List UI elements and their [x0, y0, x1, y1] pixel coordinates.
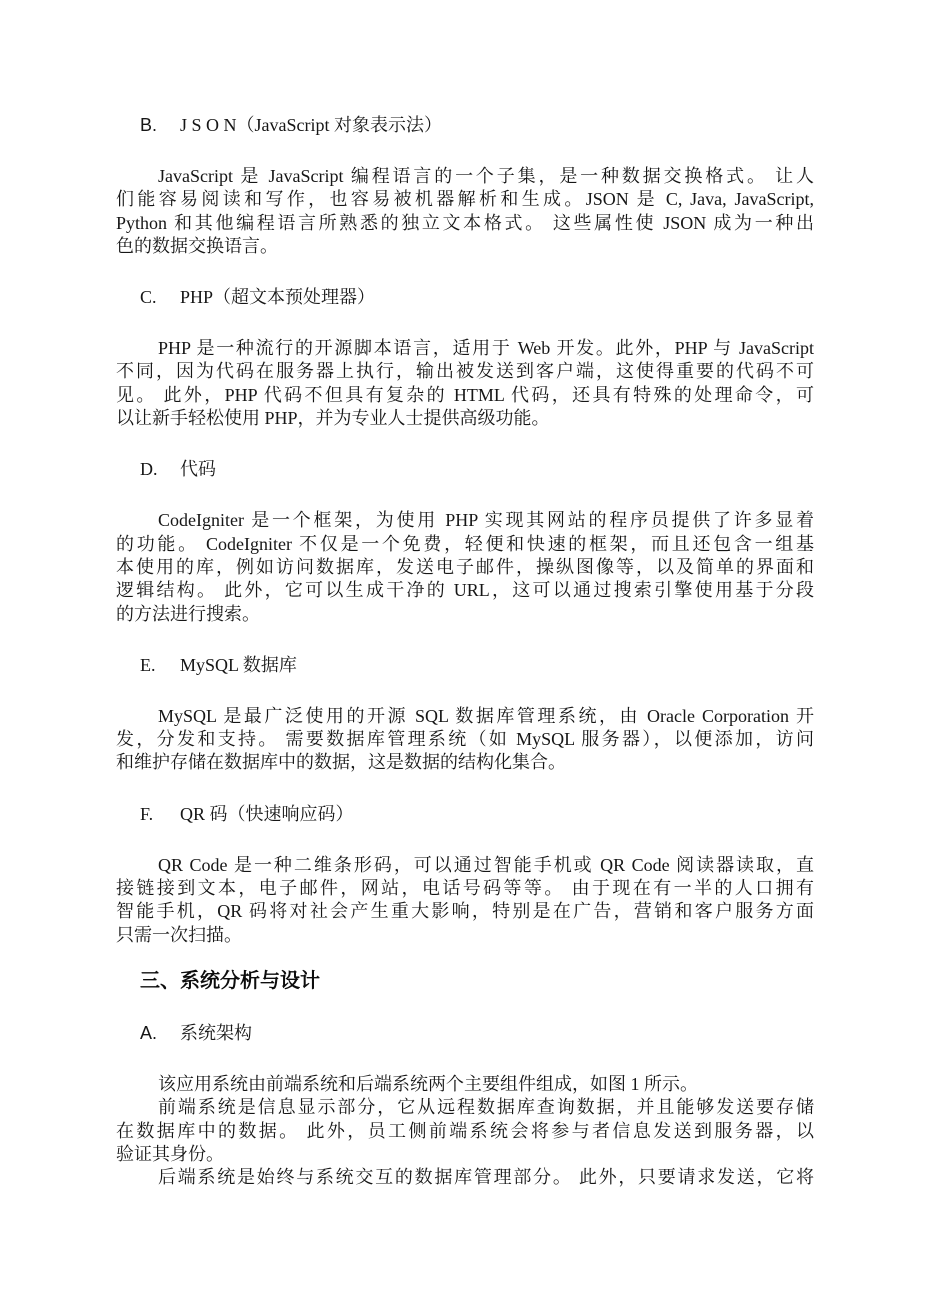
- section-title: J S O N（JavaScript 对象表示法）: [180, 115, 442, 135]
- paragraph: 后端系统是始终与系统交互的数据库管理部分。 此外，只要请求发送，它将: [116, 1166, 814, 1189]
- paragraph-line: 逻辑结构。 此外，它可以生成干净的 URL，这可以通过搜索引擎使用基于分段: [116, 579, 814, 602]
- section-subheading: A.系统架构: [116, 1022, 814, 1045]
- paragraph: QR Code 是一种二维条形码，可以通过智能手机或 QR Code 阅读器读取…: [116, 854, 814, 947]
- paragraph: CodeIgniter 是一个框架，为使用 PHP 实现其网站的程序员提供了许多…: [116, 509, 814, 625]
- section-label: D.: [140, 458, 180, 481]
- section-title: QR 码（快速响应码）: [180, 804, 354, 824]
- paragraph: PHP 是一种流行的开源脚本语言，适用于 Web 开发。此外，PHP 与 Jav…: [116, 337, 814, 430]
- section-title: 系统架构: [180, 1023, 252, 1043]
- paragraph-line: 以让新手轻松使用 PHP，并为专业人士提供高级功能。: [116, 407, 814, 430]
- section-label: C.: [140, 286, 180, 309]
- paragraph-line: 色的数据交换语言。: [116, 235, 814, 258]
- section-subheading: F.QR 码（快速响应码）: [116, 803, 814, 826]
- paragraph-line: 本使用的库，例如访问数据库，发送电子邮件，操纵图像等，以及简单的界面和: [116, 556, 814, 579]
- paragraph: MySQL 是最广泛使用的开源 SQL 数据库管理系统，由 Oracle Cor…: [116, 705, 814, 775]
- paragraph-line: 见。 此外，PHP 代码不但具有复杂的 HTML 代码，还具有特殊的处理命令，可: [116, 384, 814, 407]
- paragraph-line: 后端系统是始终与系统交互的数据库管理部分。 此外，只要请求发送，它将: [116, 1166, 814, 1189]
- paragraph-line: JavaScript 是 JavaScript 编程语言的一个子集，是一种数据交…: [116, 165, 814, 188]
- paragraph-line: QR Code 是一种二维条形码，可以通过智能手机或 QR Code 阅读器读取…: [116, 854, 814, 877]
- paragraph-line: 的功能。 CodeIgniter 不仅是一个免费，轻便和快速的框架，而且还包含一…: [116, 533, 814, 556]
- section-label: B.: [140, 114, 180, 137]
- section-title: 代码: [180, 459, 216, 479]
- section-label: E.: [140, 654, 180, 677]
- main-heading: 三、系统分析与设计: [116, 969, 814, 994]
- paragraph-line: 在数据库中的数据。 此外，员工侧前端系统会将参与者信息发送到服务器，以: [116, 1120, 814, 1143]
- paragraph: 该应用系统由前端系统和后端系统两个主要组件组成，如图 1 所示。: [116, 1073, 814, 1096]
- section-subheading: D.代码: [116, 458, 814, 481]
- section-title: PHP（超文本预处理器）: [180, 287, 375, 307]
- paragraph: 前端系统是信息显示部分，它从远程数据库查询数据，并且能够发送要存储在数据库中的数…: [116, 1096, 814, 1166]
- paragraph-line: MySQL 是最广泛使用的开源 SQL 数据库管理系统，由 Oracle Cor…: [116, 705, 814, 728]
- paragraph-line: PHP 是一种流行的开源脚本语言，适用于 Web 开发。此外，PHP 与 Jav…: [116, 337, 814, 360]
- paragraph-line: CodeIgniter 是一个框架，为使用 PHP 实现其网站的程序员提供了许多…: [116, 509, 814, 532]
- paragraph-line: 智能手机，QR 码将对社会产生重大影响，特别是在广告，营销和客户服务方面: [116, 900, 814, 923]
- paragraph-line: 不同，因为代码在服务器上执行，输出被发送到客户端，这使得重要的代码不可: [116, 360, 814, 383]
- paragraph-line: 的方法进行搜索。: [116, 603, 814, 626]
- section-subheading: C.PHP（超文本预处理器）: [116, 286, 814, 309]
- paragraph-line: 该应用系统由前端系统和后端系统两个主要组件组成，如图 1 所示。: [116, 1073, 814, 1096]
- section-label: F.: [140, 803, 180, 826]
- paragraph-line: 验证其身份。: [116, 1143, 814, 1166]
- section-subheading: E.MySQL 数据库: [116, 654, 814, 677]
- paragraph-line: 前端系统是信息显示部分，它从远程数据库查询数据，并且能够发送要存储: [116, 1096, 814, 1119]
- paragraph-line: 和维护存储在数据库中的数据，这是数据的结构化集合。: [116, 751, 814, 774]
- paragraph-line: 只需一次扫描。: [116, 924, 814, 947]
- paragraph-line: Python 和其他编程语言所熟悉的独立文本格式。 这些属性使 JSON 成为一…: [116, 212, 814, 235]
- paragraph-line: 发，分发和支持。 需要数据库管理系统（如 MySQL 服务器），以便添加，访问: [116, 728, 814, 751]
- paragraph: JavaScript 是 JavaScript 编程语言的一个子集，是一种数据交…: [116, 165, 814, 258]
- document-page: B.J S O N（JavaScript 对象表示法）JavaScript 是 …: [0, 0, 926, 1309]
- section-label: A.: [140, 1022, 180, 1045]
- paragraph-line: 们能容易阅读和写作，也容易被机器解析和生成。JSON 是 C, Java, Ja…: [116, 188, 814, 211]
- paragraph-line: 接链接到文本，电子邮件，网站，电话号码等等。 由于现在有一半的人口拥有: [116, 877, 814, 900]
- section-title: MySQL 数据库: [180, 655, 297, 675]
- page-content: B.J S O N（JavaScript 对象表示法）JavaScript 是 …: [116, 0, 814, 1189]
- section-subheading: B.J S O N（JavaScript 对象表示法）: [116, 114, 814, 137]
